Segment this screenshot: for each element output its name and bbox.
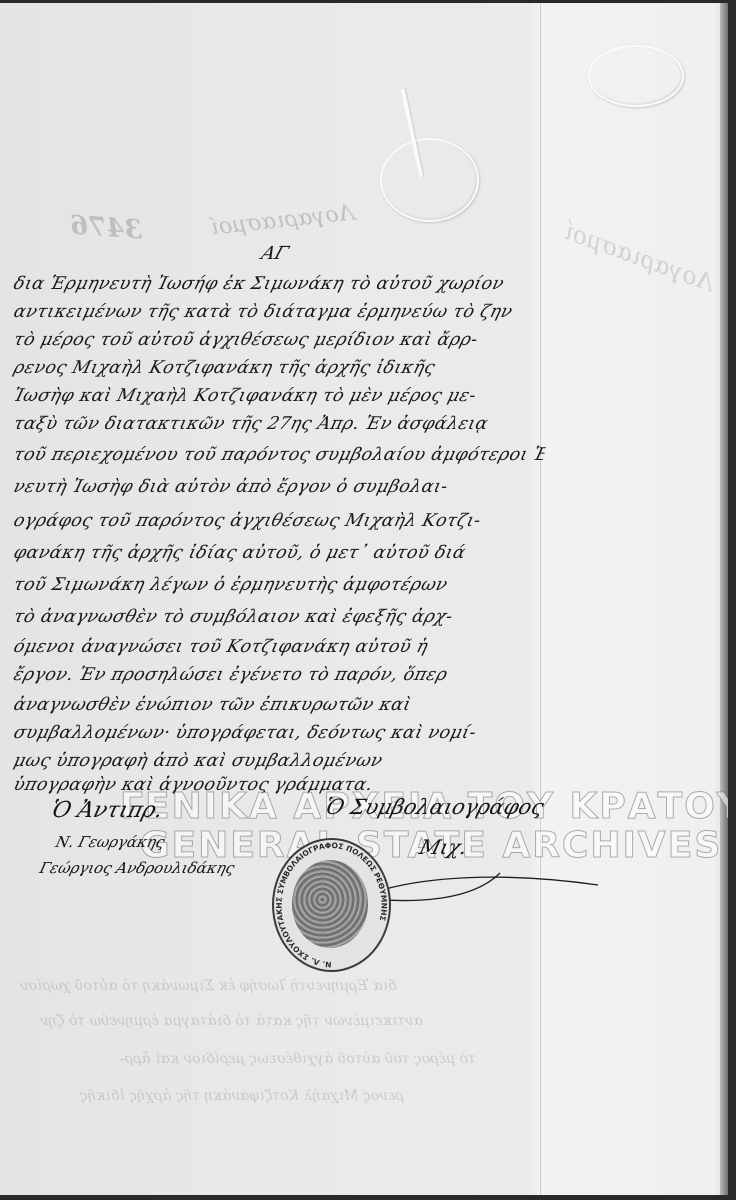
handwritten-line: τὸ ἀναγνωσθὲν τὸ συμβόλαιον καὶ ἐφεξῆς ἀ… [12, 607, 547, 627]
bleed-through-line: τὸ μέρος τοῦ αὐτοῦ ἀγχιθέσεως μερίδιον κ… [120, 1051, 476, 1067]
handwritten-line: αντικειμένων τῆς κατὰ τὸ διάταγμα ἐρμηνε… [12, 302, 547, 322]
handwritten-line: δια Ἑρμηνευτὴ Ἰωσήφ ἐκ Σιμωνάκη τὸ αὐτοῦ… [12, 274, 547, 294]
bleed-through-number: 3476 [69, 211, 143, 246]
embossed-stamp-center [380, 138, 479, 222]
handwritten-line: φανάκη τῆς ἀρχῆς ἰδίας αὐτοῦ, ὁ μετ᾽ αὐτ… [12, 543, 547, 563]
handwritten-line: μως ὑπογραφὴ ἀπὸ καὶ συμβαλλομένων [12, 751, 547, 771]
handwritten-line: ἀναγνωσθὲν ἐνώπιον τῶν ἐπικυρωτῶν καὶ [12, 695, 547, 715]
bleed-through-line: ρενος Μιχαὴλ Κοτζιφανάκη τῆς ἀρχῆς ἰδικῆ… [80, 1088, 403, 1104]
handwritten-line: ἔργον. Ἐν προσηλώσει ἐγένετο τὸ παρόν, ὅ… [12, 665, 547, 685]
binding-edge [720, 3, 728, 1195]
signature-label-left: Ὁ Ἀντιπρ. [49, 798, 166, 823]
handwritten-line: τοῦ περιεχομένου τοῦ παρόντος συμβολαίου… [12, 445, 547, 465]
notary-seal: Ν. Λ. ΣΧΟΥΛΟΥΤΑΚΗΣ ΣΥΜΒΟΛΑΙΟΓΡΑΦΟΣ ΠΟΛΕΩ… [272, 838, 391, 972]
signature-flourish [360, 865, 610, 915]
bleed-through-header: Λογαριασμοί [209, 201, 356, 241]
handwritten-line: όμενοι ἀναγνώσει τοῦ Κοτζιφανάκη αὐτοῦ ἡ [12, 637, 547, 657]
signature-name: Γεώργιος Ανδρουλιδάκης [38, 859, 237, 877]
svg-text:Ν. Λ. ΣΧΟΥΛΟΥΤΑΚΗΣ ΣΥΜΒΟΛΑΙΟΓΡ: Ν. Λ. ΣΧΟΥΛΟΥΤΑΚΗΣ ΣΥΜΒΟΛΑΙΟΓΡΑΦΟΣ ΠΟΛΕΩ… [274, 841, 388, 969]
signature-name: Ν. Γεωργάκης [54, 833, 167, 851]
manuscript-page: 3476 Λογαριασμοί Λογαριασμοί δια Ἑρμηνευ… [0, 3, 728, 1195]
handwritten-line: συμβαλλομένων· ὑπογράφεται, δεόντως καὶ … [12, 723, 547, 743]
handwritten-line: ογράφος τοῦ παρόντος ἀγχιθέσεως Μιχαὴλ Κ… [12, 511, 547, 531]
bleed-through-line: αντικειμένων τῆς κατὰ τὸ διάταγμα ἐρμηνε… [40, 1013, 423, 1029]
handwritten-line: τοῦ Σιμωνάκη λέγων ὁ ἐρμηνευτὴς ἀμφοτέρω… [12, 575, 547, 595]
handwritten-line: ρενος Μιχαὴλ Κοτζιφανάκη τῆς ἀρχῆς ἰδικῆ… [12, 358, 547, 378]
bleed-through-margin: Λογαριασμοί [560, 217, 718, 297]
handwritten-line: νευτὴ Ἰωσὴφ διὰ αὐτὸν ἀπὸ ἔργον ὁ συμβολ… [12, 477, 547, 497]
embossed-stamp-top [588, 45, 684, 107]
notary-signature: Μιχ. [417, 835, 470, 859]
page-fold-line [540, 3, 541, 1195]
signature-label-right: Ὁ Συμβολαιογράφος [323, 795, 546, 819]
marginal-mark: ΑΓ [259, 243, 291, 264]
bleed-through-line: δια Ἑρμηνευτὴ Ἰωσήφ ἐκ Σιμωνάκη τὸ αὐτοῦ… [20, 978, 397, 994]
handwritten-line: ταξὺ τῶν διατακτικῶν τῆς 27ης Ἀπρ. Ἐν ἀσ… [12, 414, 547, 434]
seal-inscription: Ν. Λ. ΣΧΟΥΛΟΥΤΑΚΗΣ ΣΥΜΒΟΛΑΙΟΓΡΑΦΟΣ ΠΟΛΕΩ… [274, 840, 389, 970]
handwritten-line: Ἰωσὴφ καὶ Μιχαὴλ Κοτζιφανάκη τὸ μὲν μέρο… [12, 386, 547, 406]
handwritten-line: τὸ μέρος τοῦ αὐτοῦ ἀγχιθέσεως μερίδιον κ… [12, 330, 547, 350]
